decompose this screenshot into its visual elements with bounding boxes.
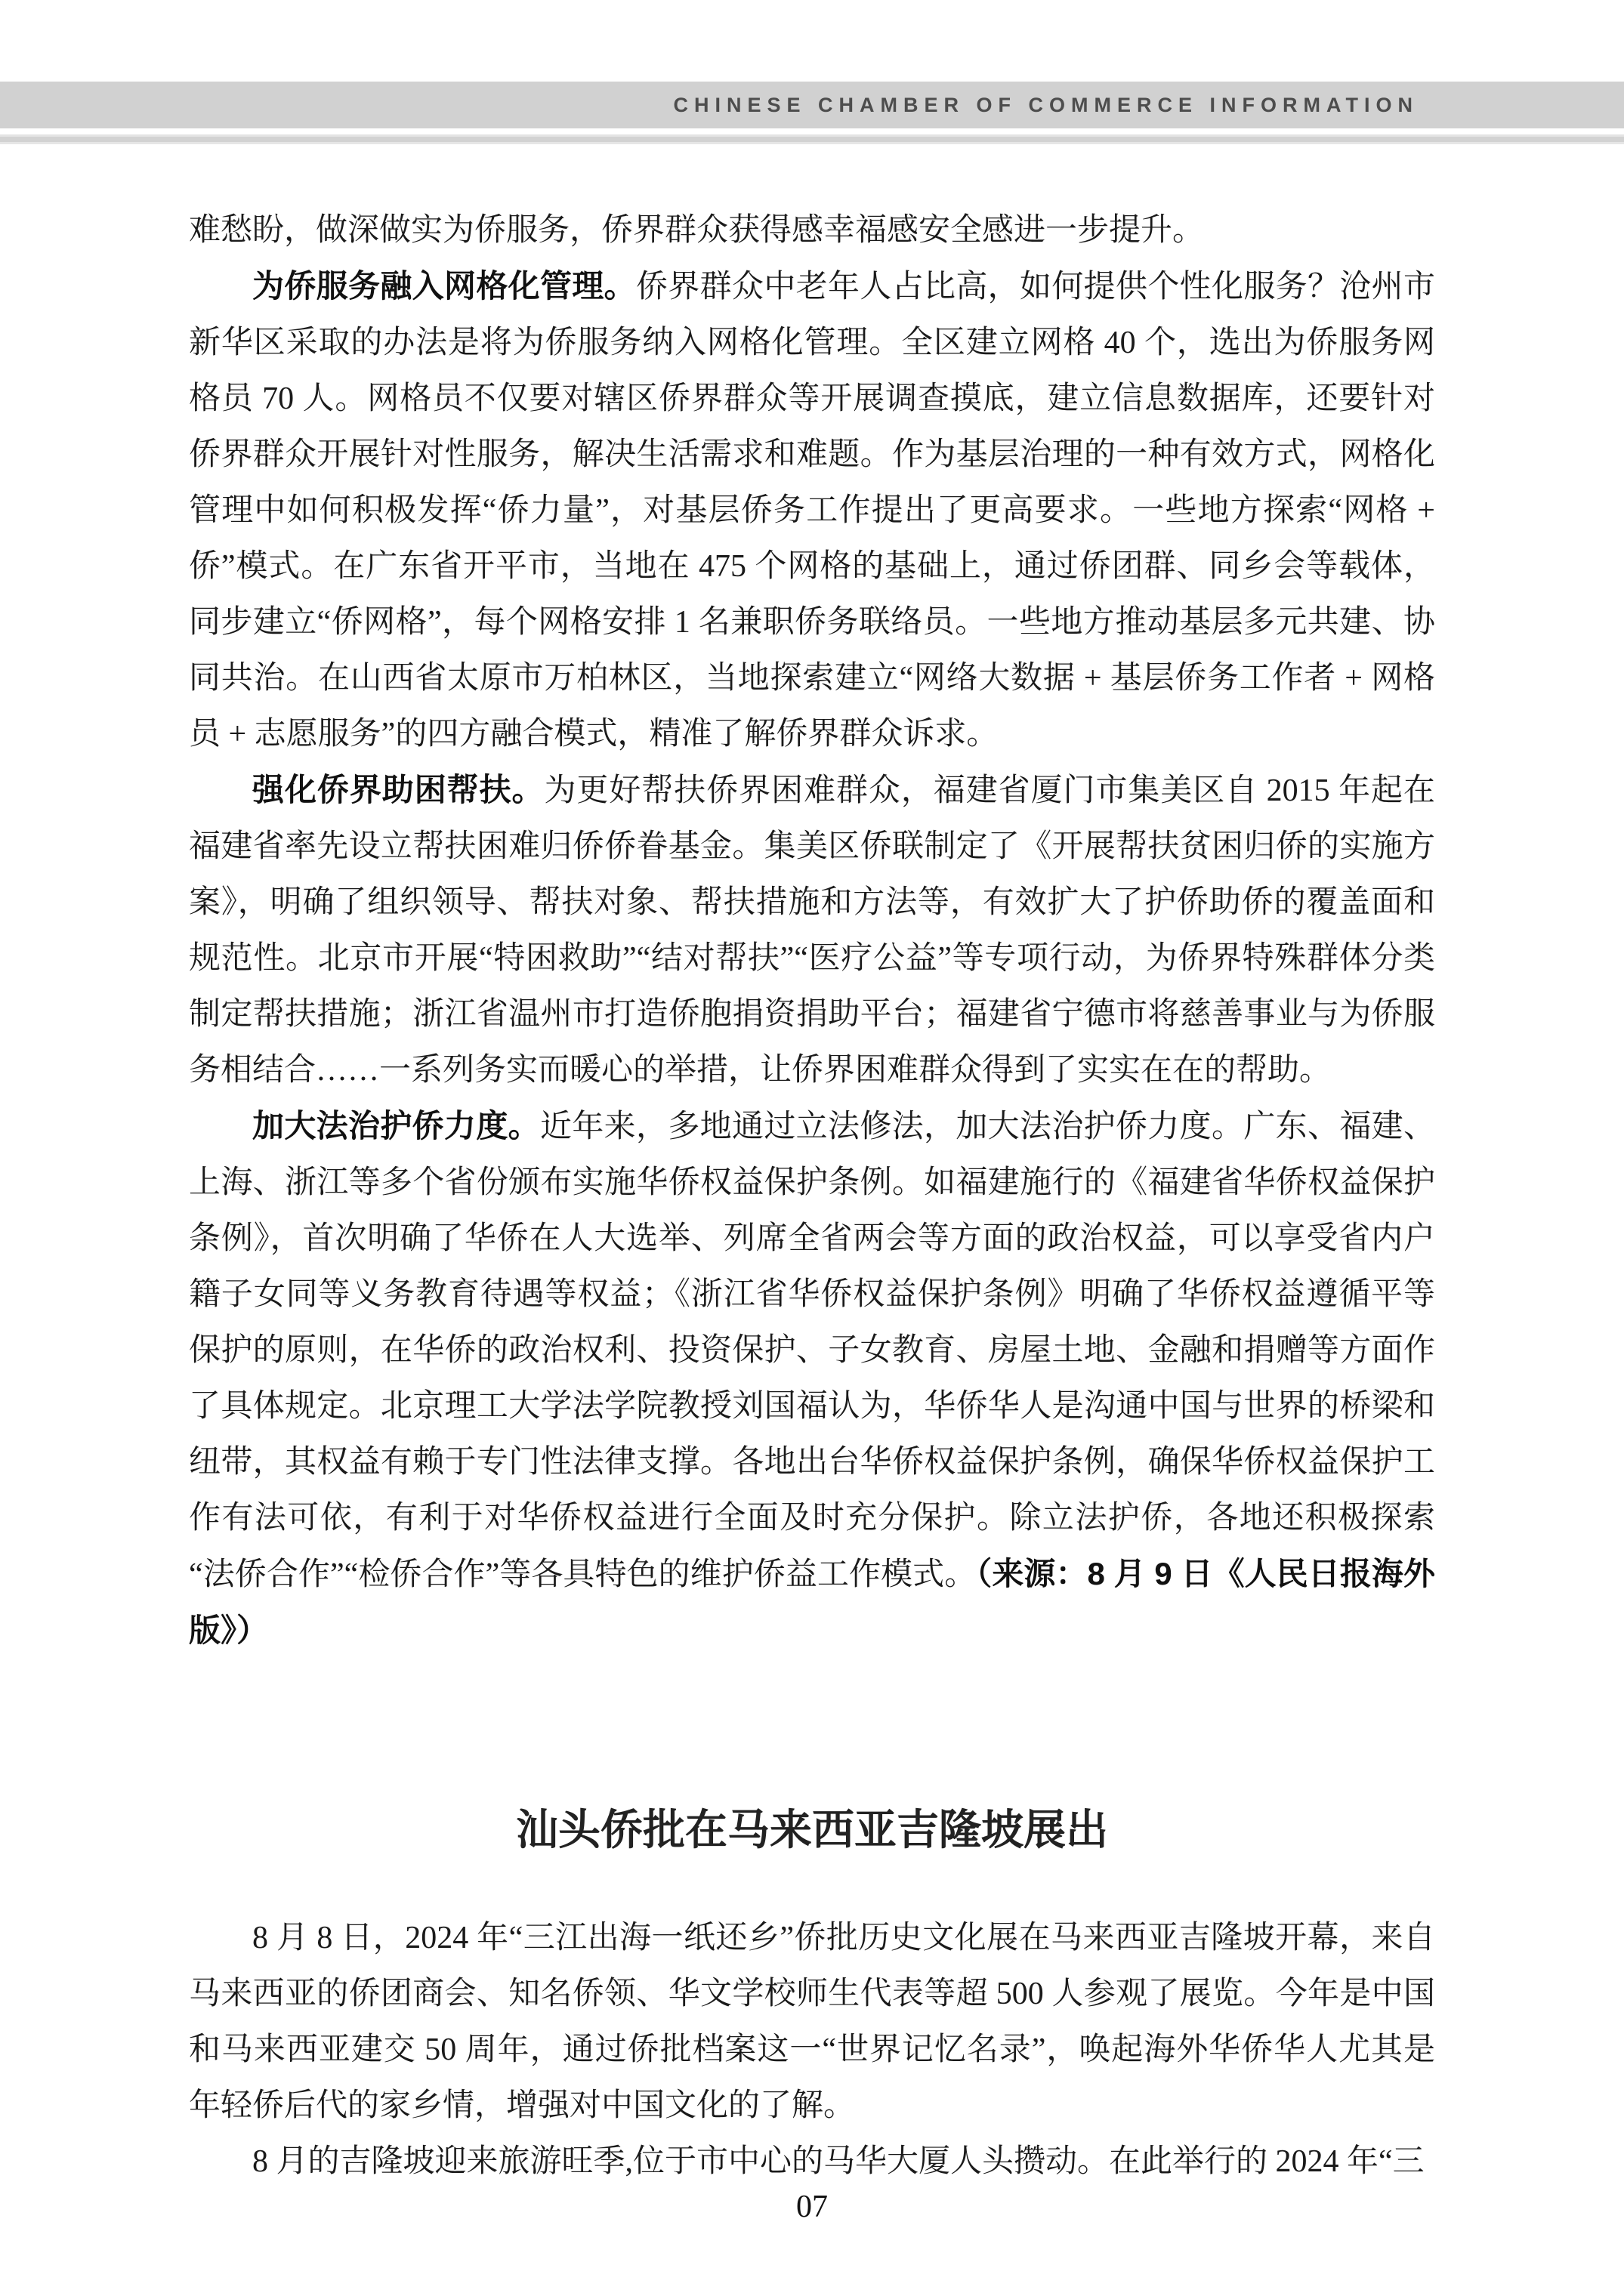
header-banner-title: CHINESE CHAMBER OF COMMERCE INFORMATION	[674, 94, 1419, 117]
header-rule-divider	[0, 134, 1624, 144]
page-header-banner: CHINESE CHAMBER OF COMMERCE INFORMATION	[0, 82, 1624, 128]
paragraph-text: 侨界群众中老年人占比高，如何提供个性化服务？沧州市新华区采取的办法是将为侨服务纳…	[189, 270, 1435, 751]
paragraph-kuala-lumpur: 8 月的吉隆坡迎来旅游旺季,位于市中心的马华大厦人头攒动。在此举行的 2024 …	[189, 2134, 1435, 2190]
page-number: 07	[0, 2189, 1624, 2225]
article-title: 汕头侨批在马来西亚吉隆坡展出	[189, 1800, 1435, 1860]
paragraph-bold-lead: 为侨服务融入网格化管理。	[252, 268, 636, 304]
paragraph-grid-management: 为侨服务融入网格化管理。侨界群众中老年人占比高，如何提供个性化服务？沧州市新华区…	[189, 258, 1435, 762]
paragraph-text: 8 月的吉隆坡迎来旅游旺季,位于市中心的马华大厦人头攒动。在此举行的 2024 …	[252, 2144, 1425, 2179]
paragraph-exhibition-opening: 8 月 8 日，2024 年“三江出海一纸还乡”侨批历史文化展在马来西亚吉隆坡开…	[189, 1910, 1435, 2134]
paragraph-legal-protection: 加大法治护侨力度。近年来，多地通过立法修法，加大法治护侨力度。广东、福建、上海、…	[189, 1098, 1435, 1659]
paragraph-bold-lead: 加大法治护侨力度。	[252, 1108, 540, 1143]
paragraph-text: 近年来，多地通过立法修法，加大法治护侨力度。广东、福建、上海、浙江等多个省份颁布…	[189, 1109, 1435, 1592]
paragraph-text: 难愁盼，做深做实为侨服务，侨界群众获得感幸福感安全感进一步提升。	[189, 213, 1204, 248]
paragraph-aid-support: 强化侨界助困帮扶。为更好帮扶侨界困难群众，福建省厦门市集美区自 2015 年起在…	[189, 762, 1435, 1098]
document-page: CHINESE CHAMBER OF COMMERCE INFORMATION …	[0, 0, 1624, 2293]
paragraph-text: 为更好帮扶侨界困难群众，福建省厦门市集美区自 2015 年起在福建省率先设立帮扶…	[189, 773, 1435, 1088]
page-content: 难愁盼，做深做实为侨服务，侨界群众获得感幸福感安全感进一步提升。 为侨服务融入网…	[189, 202, 1435, 2190]
paragraph-bold-lead: 强化侨界助困帮扶。	[252, 772, 544, 807]
paragraph-text: 8 月 8 日，2024 年“三江出海一纸还乡”侨批历史文化展在马来西亚吉隆坡开…	[189, 1921, 1435, 2123]
paragraph-continuation: 难愁盼，做深做实为侨服务，侨界群众获得感幸福感安全感进一步提升。	[189, 202, 1435, 258]
